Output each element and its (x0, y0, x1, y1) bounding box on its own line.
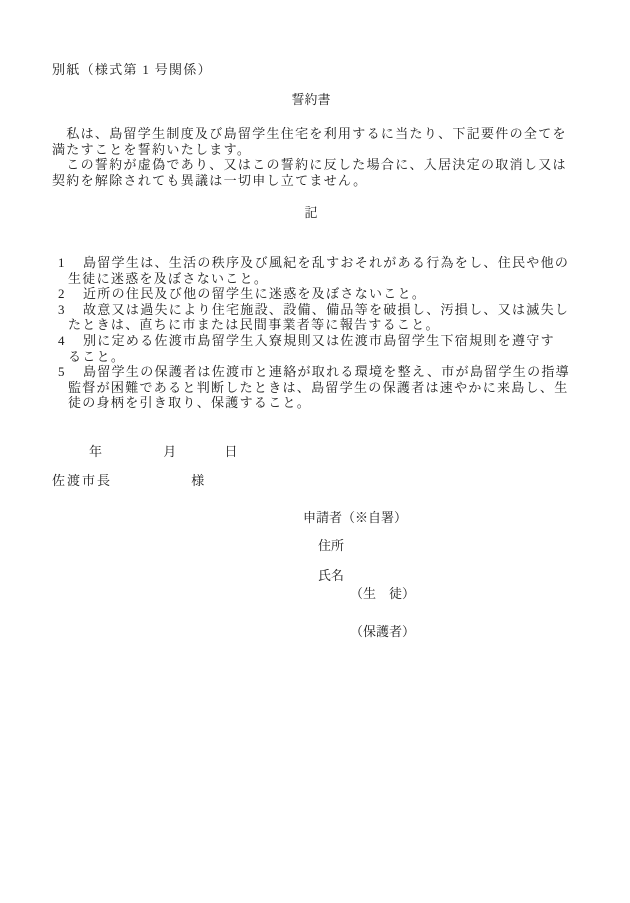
preamble: 私は、島留学生制度及び島留学生住宅を利用するに当たり、下記要件の全てを 満たすこ… (52, 126, 583, 188)
item-number: 1 (58, 255, 83, 271)
document-page: 別紙（様式第 1 号関係） 誓約書 私は、島留学生制度及び島留学生住宅を利用する… (0, 0, 630, 903)
pledge-paragraph-2: この誓約が虚偽であり、又はこの誓約に反した場合に、入居決定の取消し又は 契約を解… (52, 157, 583, 188)
item-text: 島留学生の保護者は佐渡市と連絡が取れる環境を整え、市が島留学生の指導 監督が困難… (68, 364, 570, 410)
address-label: 住所 (318, 538, 344, 554)
pledge-item-3: 3故意又は過失により住宅施設、設備、備品等を破損し、汚損し、又は滅失し たときは… (52, 302, 583, 333)
item-number: 5 (58, 364, 83, 380)
month-label: 月 (163, 444, 176, 459)
honorific-label: 様 (191, 473, 204, 488)
day-label: 日 (225, 444, 238, 459)
pledge-item-1: 1島留学生は、生活の秩序及び風紀を乱すおそれがある行為をし、住民や他の 生徒に迷… (52, 255, 583, 286)
year-label: 年 (89, 444, 102, 459)
item-text: 島留学生は、生活の秩序及び風紀を乱すおそれがある行為をし、住民や他の 生徒に迷惑… (68, 255, 569, 286)
addressee-line: 佐渡市長 様 (52, 473, 204, 489)
item-text: 故意又は過失により住宅施設、設備、備品等を破損し、汚損し、又は滅失し たときは、… (68, 302, 569, 333)
item-number: 3 (58, 302, 83, 318)
pledge-item-4: 4別に定める佐渡市島留学生入寮規則又は佐渡市島留学生下宿規則を遵守す ること。 (52, 333, 583, 364)
item-text: 近所の住民及び他の留学生に迷惑を及ぼさないこと。 (83, 286, 426, 301)
item-number: 4 (58, 333, 83, 349)
pledge-list: 1島留学生は、生活の秩序及び風紀を乱すおそれがある行為をし、住民や他の 生徒に迷… (52, 255, 583, 411)
name-label: 氏名 (318, 568, 344, 584)
page-title: 誓約書 (0, 92, 622, 108)
ki-heading: 記 (0, 205, 622, 221)
applicant-label: 申請者（※自署） (303, 510, 407, 526)
guardian-name-label: （保護者） (350, 624, 415, 640)
pledge-paragraph-1: 私は、島留学生制度及び島留学生住宅を利用するに当たり、下記要件の全てを 満たすこ… (52, 126, 583, 157)
addressee-name: 佐渡市長 (52, 473, 112, 488)
student-name-label: （生 徒） (350, 586, 415, 602)
form-ref: 別紙（様式第 1 号関係） (52, 62, 212, 78)
date-line: 年 月 日 (52, 444, 238, 460)
item-text: 別に定める佐渡市島留学生入寮規則又は佐渡市島留学生下宿規則を遵守す ること。 (68, 333, 555, 364)
pledge-item-2: 2近所の住民及び他の留学生に迷惑を及ぼさないこと。 (52, 286, 583, 302)
pledge-item-5: 5島留学生の保護者は佐渡市と連絡が取れる環境を整え、市が島留学生の指導 監督が困… (52, 364, 583, 411)
item-number: 2 (58, 286, 83, 302)
